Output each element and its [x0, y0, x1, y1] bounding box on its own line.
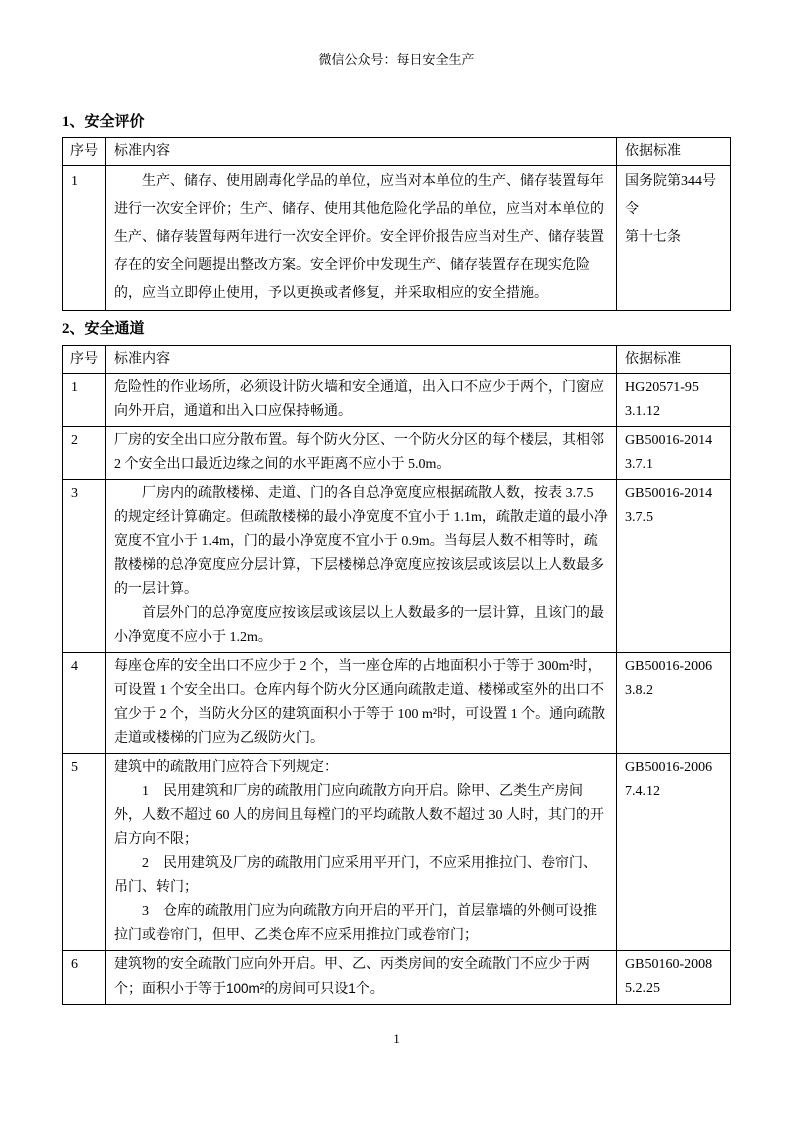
- basis-line: GB50016-2006: [625, 655, 722, 679]
- cell-row-basis: GB50016-2014 3.7.1: [617, 427, 731, 480]
- doc-header-text: 微信公众号：每日安全生产: [0, 0, 793, 68]
- cell-row-content: 建筑物的安全疏散门应向外开启。甲、乙、丙类房间的安全疏散门不应少于两个；面积小于…: [106, 951, 617, 1005]
- col-header-basis: 依据标准: [617, 138, 731, 166]
- cell-row-content: 建筑中的疏散用门应符合下列规定： 1 民用建筑和厂房的疏散用门应向疏散方向开启。…: [106, 754, 617, 951]
- content-paragraph: 首层外门的总净宽度应按该层或该层以上人数最多的一层计算，且该门的最小净宽度不应小…: [114, 602, 608, 650]
- doc-content: 1、安全评价 序号 标准内容 依据标准 1 生产、储存、使用剧毒化学品的单位，应…: [62, 112, 731, 1005]
- table-row: 4 每座仓库的安全出口不应少于 2 个，当一座仓库的占地面积小于等于 300m²…: [63, 653, 731, 754]
- cell-row-no: 5: [63, 754, 106, 951]
- table-row: 2 厂房的安全出口应分散布置。每个防火分区、一个防火分区的每个楼层，其相邻 2 …: [63, 427, 731, 480]
- content-paragraph: 建筑中的疏散用门应符合下列规定：: [114, 756, 608, 780]
- basis-line: 3.7.1: [625, 453, 722, 477]
- content-segment-sans: 100m²: [226, 981, 264, 996]
- table-row: 1 生产、储存、使用剧毒化学品的单位，应当对本单位的生产、储存装置每年进行一次安…: [63, 166, 731, 311]
- cell-row-content: 厂房内的疏散楼梯、走道、门的各自总净宽度应根据疏散人数，按表 3.7.5 的规定…: [106, 480, 617, 653]
- content-paragraph: 每座仓库的安全出口不应少于 2 个，当一座仓库的占地面积小于等于 300m²时，…: [114, 655, 608, 751]
- cell-row-no: 4: [63, 653, 106, 754]
- col-header-no: 序号: [63, 138, 106, 166]
- col-header-content: 标准内容: [106, 138, 617, 166]
- basis-line: GB50160-2008: [625, 953, 722, 977]
- cell-row-basis: GB50160-2008 5.2.25: [617, 951, 731, 1005]
- content-paragraph: 危险性的作业场所，必须设计防火墙和安全通道，出入口不应少于两个，门窗应向外开启，…: [114, 376, 608, 424]
- cell-row-content: 厂房的安全出口应分散布置。每个防火分区、一个防火分区的每个楼层，其相邻 2 个安…: [106, 427, 617, 480]
- cell-row-no: 3: [63, 480, 106, 653]
- content-segment: 个。: [356, 982, 384, 997]
- basis-line: 7.4.12: [625, 780, 722, 804]
- table-header-row: 序号 标准内容 依据标准: [63, 346, 731, 374]
- table-row: 6 建筑物的安全疏散门应向外开启。甲、乙、丙类房间的安全疏散门不应少于两个；面积…: [63, 951, 731, 1005]
- content-paragraph: 3 仓库的疏散用门应为向疏散方向开启的平开门，首层靠墙的外侧可设推拉门或卷帘门，…: [114, 900, 608, 948]
- basis-line: GB50016-2006: [625, 756, 722, 780]
- cell-row-basis: 国务院第344号 令 第十七条: [617, 166, 731, 311]
- content-paragraph: 2 民用建筑及厂房的疏散用门应采用平开门，不应采用推拉门、卷帘门、吊门、转门；: [114, 852, 608, 900]
- cell-row-no: 1: [63, 166, 106, 311]
- content-paragraph: 厂房的安全出口应分散布置。每个防火分区、一个防火分区的每个楼层，其相邻 2 个安…: [114, 429, 608, 477]
- content-paragraph: 厂房内的疏散楼梯、走道、门的各自总净宽度应根据疏散人数，按表 3.7.5 的规定…: [114, 482, 608, 602]
- basis-line: 3.1.12: [625, 400, 722, 424]
- col-header-no: 序号: [63, 346, 106, 374]
- cell-row-basis: GB50016-2006 7.4.12: [617, 754, 731, 951]
- cell-row-basis: GB50016-2006 3.8.2: [617, 653, 731, 754]
- content-paragraph: 生产、储存、使用剧毒化学品的单位，应当对本单位的生产、储存装置每年进行一次安全评…: [114, 168, 608, 308]
- table-row: 1 危险性的作业场所，必须设计防火墙和安全通道，出入口不应少于两个，门窗应向外开…: [63, 374, 731, 427]
- basis-line: 3.7.5: [625, 506, 722, 530]
- cell-row-no: 6: [63, 951, 106, 1005]
- table-row: 3 厂房内的疏散楼梯、走道、门的各自总净宽度应根据疏散人数，按表 3.7.5 的…: [63, 480, 731, 653]
- document-page: 微信公众号：每日安全生产 1、安全评价 序号 标准内容 依据标准 1 生产、储存…: [0, 0, 793, 1122]
- content-paragraph: 建筑物的安全疏散门应向外开启。甲、乙、丙类房间的安全疏散门不应少于两个；面积小于…: [114, 953, 608, 1002]
- basis-line: GB50016-2014: [625, 429, 722, 453]
- cell-row-no: 1: [63, 374, 106, 427]
- table-row: 5 建筑中的疏散用门应符合下列规定： 1 民用建筑和厂房的疏散用门应向疏散方向开…: [63, 754, 731, 951]
- basis-line: HG20571-95: [625, 376, 722, 400]
- safety-evaluation-table: 序号 标准内容 依据标准 1 生产、储存、使用剧毒化学品的单位，应当对本单位的生…: [62, 137, 731, 311]
- cell-row-content: 每座仓库的安全出口不应少于 2 个，当一座仓库的占地面积小于等于 300m²时，…: [106, 653, 617, 754]
- basis-line: 令: [625, 196, 722, 224]
- table-header-row: 序号 标准内容 依据标准: [63, 138, 731, 166]
- section-2-heading: 2、安全通道: [62, 319, 731, 339]
- basis-line: 第十七条: [625, 224, 722, 252]
- section-1-heading: 1、安全评价: [62, 112, 731, 132]
- cell-row-content: 危险性的作业场所，必须设计防火墙和安全通道，出入口不应少于两个，门窗应向外开启，…: [106, 374, 617, 427]
- page-number: 1: [0, 1031, 793, 1047]
- basis-line: 3.8.2: [625, 679, 722, 703]
- basis-line: GB50016-2014: [625, 482, 722, 506]
- cell-row-basis: HG20571-95 3.1.12: [617, 374, 731, 427]
- content-segment-sans: 1: [348, 981, 356, 996]
- safety-passage-table: 序号 标准内容 依据标准 1 危险性的作业场所，必须设计防火墙和安全通道，出入口…: [62, 345, 731, 1005]
- cell-row-content: 生产、储存、使用剧毒化学品的单位，应当对本单位的生产、储存装置每年进行一次安全评…: [106, 166, 617, 311]
- content-paragraph: 1 民用建筑和厂房的疏散用门应向疏散方向开启。除甲、乙类生产房间外，人数不超过 …: [114, 780, 608, 852]
- cell-row-no: 2: [63, 427, 106, 480]
- basis-line: 国务院第344号: [625, 168, 722, 196]
- col-header-basis: 依据标准: [617, 346, 731, 374]
- cell-row-basis: GB50016-2014 3.7.5: [617, 480, 731, 653]
- col-header-content: 标准内容: [106, 346, 617, 374]
- basis-line: 5.2.25: [625, 977, 722, 1001]
- content-segment: 的房间可只设: [264, 982, 348, 997]
